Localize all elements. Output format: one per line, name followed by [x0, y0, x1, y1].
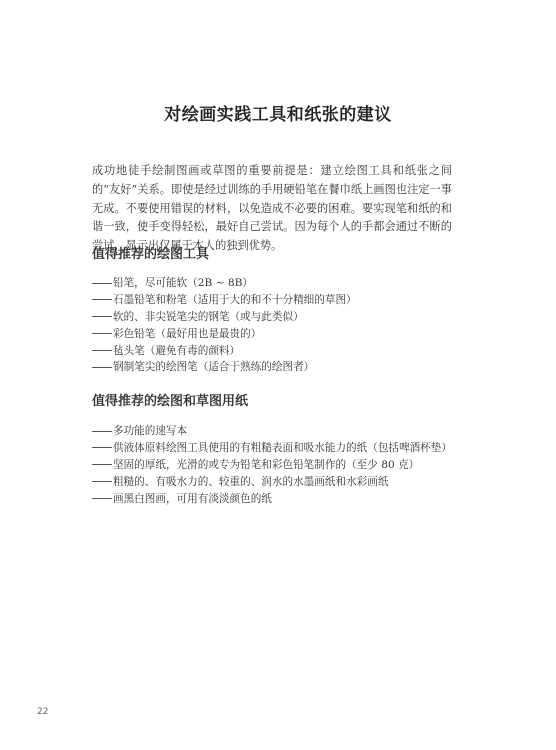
dash-icon — [92, 498, 112, 499]
list-item-text: 坚固的厚纸，光滑的或专为铅笔和彩色铅笔制作的（至少 80 克） — [113, 459, 419, 471]
list-item: 彩色铅笔（最好用也是最贵的） — [92, 326, 357, 343]
dash-icon — [92, 464, 112, 465]
page-number: 22 — [37, 707, 48, 717]
paper-list: 多功能的速写本 供液体原料绘图工具使用的有粗糙表面和吸水能力的纸（包括啤酒杯垫）… — [92, 423, 452, 507]
dash-icon — [92, 481, 112, 482]
list-item: 多功能的速写本 — [92, 423, 452, 440]
list-item-text: 软的、非尖锐笔尖的钢笔（或与此类似） — [113, 311, 304, 323]
list-item: 画黑白图画，可用有淡淡颜色的纸 — [92, 491, 452, 508]
list-item: 铅笔，尽可能软（2B ~ 8B） — [92, 275, 357, 292]
list-item: 石墨铅笔和粉笔（适用于大的和不十分精细的草图） — [92, 292, 357, 309]
list-item: 钢制笔尖的绘图笔（适合于熟练的绘图者） — [92, 359, 357, 376]
dash-icon — [92, 431, 112, 432]
list-item-text: 毡头笔（避免有毒的颜料） — [113, 345, 240, 357]
list-item: 软的、非尖锐笔尖的钢笔（或与此类似） — [92, 309, 357, 326]
dash-icon — [92, 447, 112, 448]
dash-icon — [92, 299, 112, 300]
dash-icon — [92, 350, 112, 351]
dash-icon — [92, 316, 112, 317]
list-item: 粗糙的、有吸水力的、较重的、润水的水墨画纸和水彩画纸 — [92, 474, 452, 491]
list-item: 坚固的厚纸，光滑的或专为铅笔和彩色铅笔制作的（至少 80 克） — [92, 457, 452, 474]
list-item-text: 供液体原料绘图工具使用的有粗糙表面和吸水能力的纸（包括啤酒杯垫） — [113, 442, 452, 454]
list-item: 供液体原料绘图工具使用的有粗糙表面和吸水能力的纸（包括啤酒杯垫） — [92, 440, 452, 457]
dash-icon — [92, 333, 112, 334]
list-item-text: 彩色铅笔（最好用也是最贵的） — [113, 328, 261, 340]
list-item-text: 粗糙的、有吸水力的、较重的、润水的水墨画纸和水彩画纸 — [113, 476, 388, 488]
list-item-text: 画黑白图画，可用有淡淡颜色的纸 — [113, 493, 272, 505]
dash-icon — [92, 283, 112, 284]
dash-icon — [92, 367, 112, 368]
list-item-text: 多功能的速写本 — [113, 425, 187, 437]
section-heading-paper: 值得推荐的绘图和草图用纸 — [92, 390, 248, 409]
page-title: 对绘画实践工具和纸张的建议 — [0, 100, 556, 125]
intro-paragraph: 成功地徒手绘制图画或草图的重要前提是：建立绘图工具和纸张之间的“友好”关系。即使… — [92, 162, 452, 256]
section-heading-tools: 值得推荐的绘图工具 — [92, 243, 209, 262]
list-item-text: 铅笔，尽可能软（2B ~ 8B） — [113, 277, 253, 289]
list-item-text: 钢制笔尖的绘图笔（适合于熟练的绘图者） — [113, 361, 314, 373]
tools-list: 铅笔，尽可能软（2B ~ 8B） 石墨铅笔和粉笔（适用于大的和不十分精细的草图）… — [92, 275, 357, 376]
list-item: 毡头笔（避免有毒的颜料） — [92, 343, 357, 360]
list-item-text: 石墨铅笔和粉笔（适用于大的和不十分精细的草图） — [113, 294, 357, 306]
